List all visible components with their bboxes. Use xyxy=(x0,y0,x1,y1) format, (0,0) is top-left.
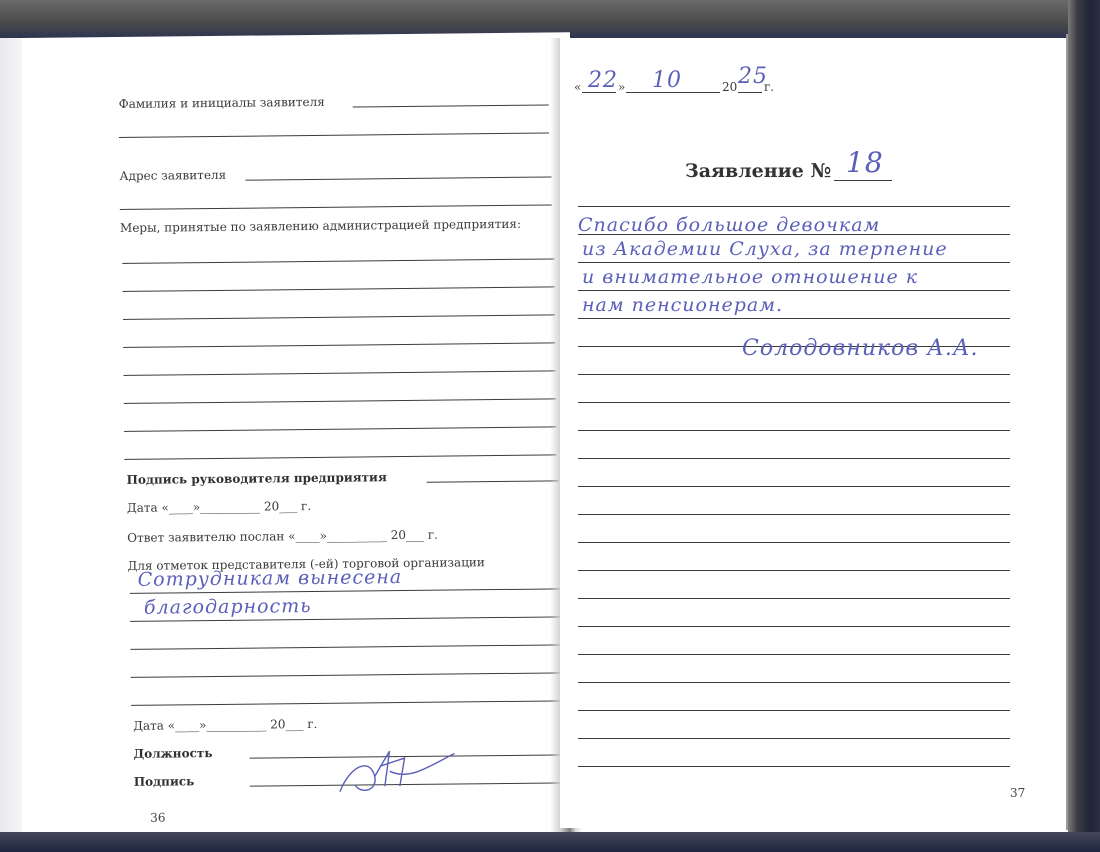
handwritten-text-line-1: Спасибо большое девочкам xyxy=(578,214,880,236)
ruled-line xyxy=(578,626,1010,627)
measures-label: Меры, принятые по заявлению администраци… xyxy=(120,217,521,235)
ruled-line xyxy=(578,262,1010,263)
date-line-2: Дата «____»__________ 20___ г. xyxy=(133,717,317,733)
applicant-name-line-2 xyxy=(119,132,549,138)
date-line-1: Дата «____»__________ 20___ г. xyxy=(127,499,311,515)
position-label: Должность xyxy=(133,746,212,761)
book-cover-bottom xyxy=(0,832,1100,852)
notes-line-5 xyxy=(131,700,565,706)
applicant-address-label: Адрес заявителя xyxy=(119,168,226,183)
ruled-line xyxy=(578,318,1010,319)
applicant-name-line xyxy=(353,104,549,107)
ruled-line xyxy=(578,430,1010,431)
ruled-line xyxy=(578,542,1010,543)
ruled-line xyxy=(578,598,1010,599)
right-page: « 22 » 10 20 25 г. Заявление № 18 Спасиб… xyxy=(560,38,1070,828)
handwritten-note-line-1: Сотрудникам вынесена xyxy=(138,566,403,591)
handwritten-note-line-2: благодарность xyxy=(144,595,312,619)
ruled-line xyxy=(578,458,1010,459)
book-edge-left xyxy=(0,38,22,838)
page-number-right: 37 xyxy=(1010,786,1025,800)
date-day: 22 xyxy=(588,68,618,93)
notes-line-3 xyxy=(130,644,564,650)
ruled-line xyxy=(578,654,1010,655)
reply-sent-line: Ответ заявителю послан «____»__________ … xyxy=(127,528,438,545)
ruled-line xyxy=(578,766,1010,767)
signature-label: Подпись xyxy=(134,774,195,789)
manager-signature-line xyxy=(427,480,559,482)
applicant-address-line-2 xyxy=(120,204,552,210)
page-number-left: 36 xyxy=(150,811,165,825)
application-number-line xyxy=(834,180,892,181)
left-page: Фамилия и инициалы заявителя Адрес заяви… xyxy=(22,32,578,838)
ruled-line xyxy=(578,206,1010,207)
handwritten-signature-right: Солодовников А.А. xyxy=(742,336,978,361)
manager-signature-label: Подпись руководителя предприятия xyxy=(127,470,387,487)
ruled-line xyxy=(578,402,1010,403)
handwritten-text-line-3: и внимательное отношение к xyxy=(582,266,918,288)
applicant-address-line xyxy=(245,176,551,180)
handwritten-text-line-2: из Академии Слуха, за терпение xyxy=(582,238,948,260)
ruled-line xyxy=(578,710,1010,711)
book-cover-right xyxy=(1068,0,1100,852)
notes-line-4 xyxy=(131,672,565,678)
handwritten-signature-left xyxy=(329,745,460,796)
ruled-line xyxy=(578,738,1010,739)
application-title: Заявление № xyxy=(685,160,831,182)
ruled-line xyxy=(578,486,1010,487)
ruled-line xyxy=(578,514,1010,515)
date-month: 10 xyxy=(652,68,682,93)
handwritten-text-line-4: нам пенсионерам. xyxy=(582,294,783,316)
ruled-line xyxy=(578,290,1010,291)
ruled-line xyxy=(578,570,1010,571)
applicant-name-label: Фамилия и инициалы заявителя xyxy=(119,95,325,111)
application-number: 18 xyxy=(846,146,884,179)
ruled-line xyxy=(578,682,1010,683)
ruled-line xyxy=(578,374,1010,375)
